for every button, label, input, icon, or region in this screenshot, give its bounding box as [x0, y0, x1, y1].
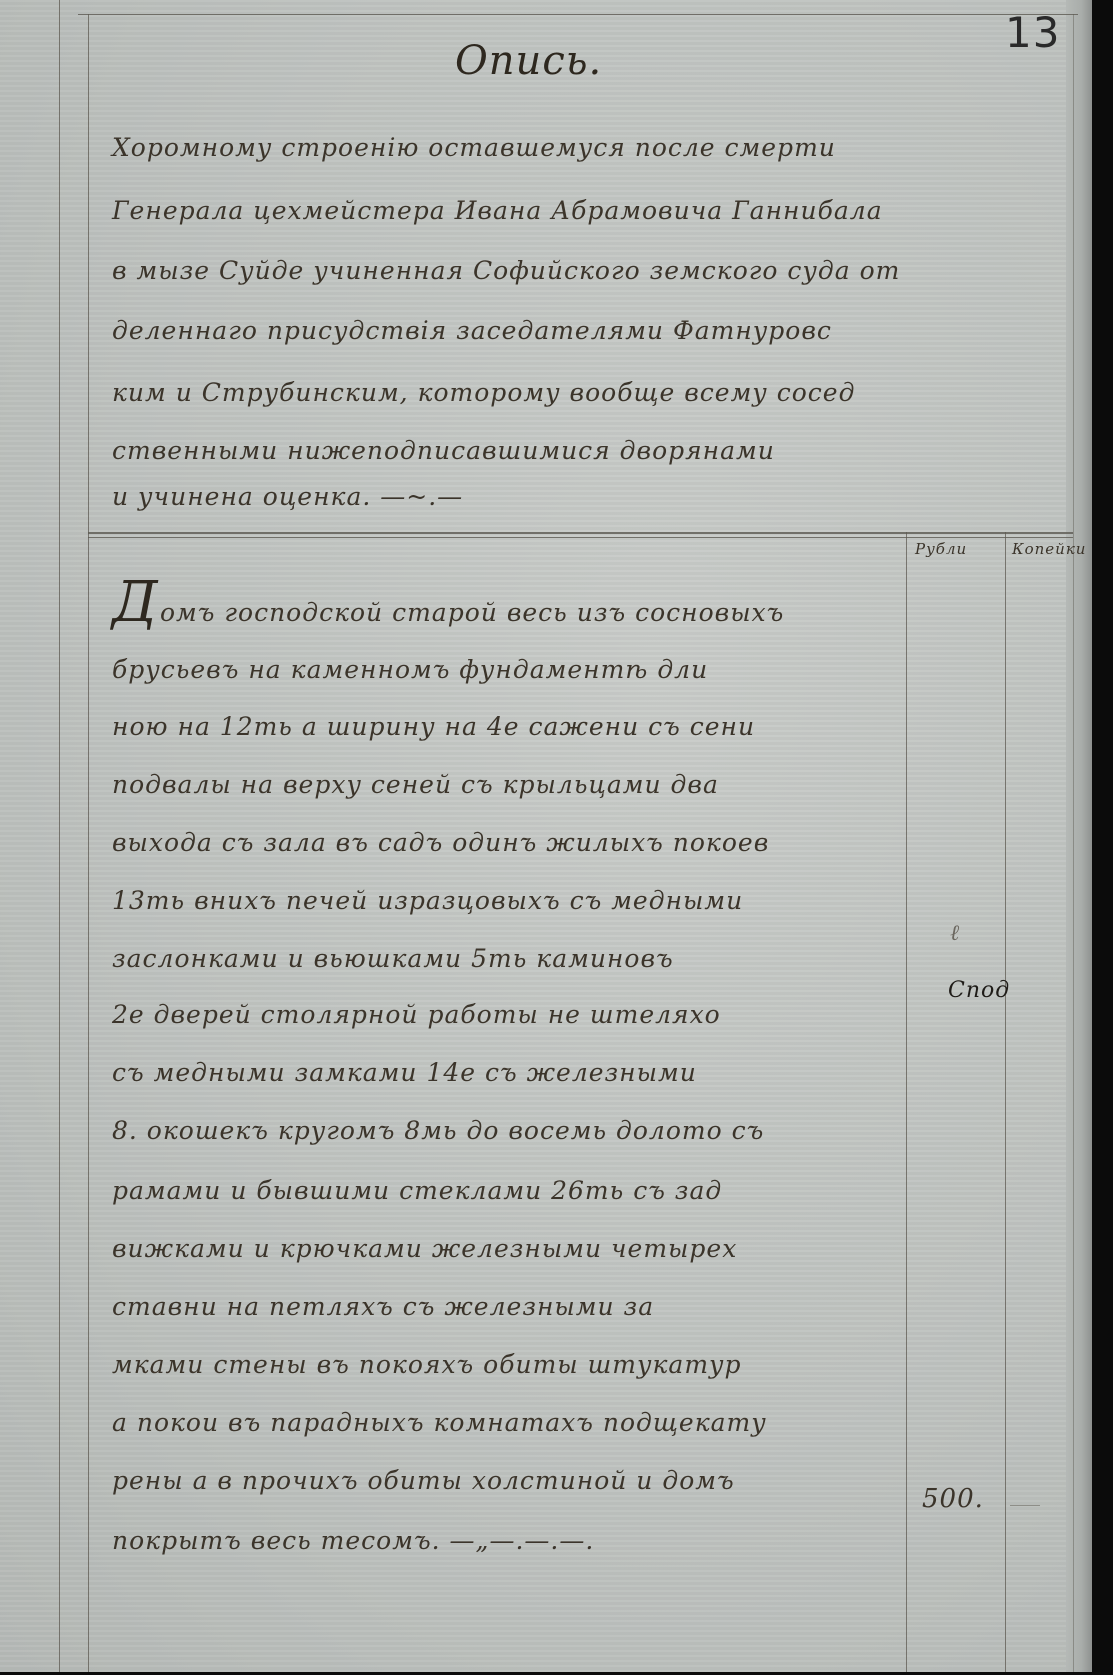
- header-line: деленнаго присудствія заседателями Фатну…: [112, 316, 832, 345]
- entry-line: съ медными замками 14е съ железными: [112, 1058, 697, 1087]
- entry-line: 8. окошекъ кругомъ 8мь до восемь долото …: [112, 1116, 764, 1145]
- header-line: ким и Струбинским, которому вообще всему…: [112, 378, 855, 407]
- column-header-kopecks: Копейки: [1012, 540, 1086, 558]
- table-top-rule-2: [88, 537, 1073, 538]
- entry-line: ставни на петляхъ съ железными за: [112, 1292, 654, 1321]
- column-header-rubles: Рубли: [915, 540, 967, 558]
- manuscript-page: 13 Опись. Хоромному строенію оставшемуся…: [0, 0, 1092, 1672]
- entry-line: 13ть внихъ печей изразцовыхъ съ медными: [112, 886, 743, 915]
- kopecks-column-rule: [1005, 532, 1006, 1672]
- left-margin-rule: [88, 14, 89, 1672]
- entry-line: подвалы на верху сеней съ крыльцами два: [112, 770, 719, 799]
- entry-line: омъ господской старой весь изъ сосновыхъ: [160, 598, 784, 627]
- header-line: и учинена оценка. —~.—: [112, 482, 463, 511]
- entry-line: мками стены въ покояхъ обиты штукатур: [112, 1350, 742, 1379]
- right-margin-rule: [1073, 14, 1074, 1672]
- amount-rubles: 500.: [922, 1484, 984, 1514]
- header-line: в мызе Суйде учиненная Софийского земско…: [112, 256, 900, 285]
- entry-line: вижками и крючками железными четырех: [112, 1234, 737, 1263]
- page-title: Опись.: [455, 38, 602, 84]
- entry-line: ною на 12ть а ширину на 4е сажени съ сен…: [112, 712, 755, 741]
- entry-line: покрытъ весь тесомъ. —„—.—.—.: [112, 1526, 594, 1555]
- margin-note: Спод: [948, 978, 1010, 1003]
- header-line: Хоромному строенію оставшемуся после сме…: [112, 133, 836, 162]
- top-margin-rule: [78, 14, 1078, 15]
- entry-line: заслонками и вьюшками 5ть каминовъ: [112, 944, 674, 973]
- header-line: ственными нижеподписавшимися дворянами: [112, 436, 775, 465]
- entry-line: 2е дверей столярной работы не штеляхо: [112, 1000, 721, 1029]
- entry-line: рены а в прочихъ обиты холстиной и домъ: [112, 1466, 735, 1495]
- rubles-column-rule: [906, 532, 907, 1672]
- amount-dash: [1010, 1505, 1040, 1506]
- folio-number: 13: [1005, 8, 1060, 57]
- entry-drop-cap: Д: [112, 570, 159, 635]
- entry-line: выхода съ зала въ садъ одинъ жилыхъ поко…: [112, 828, 769, 857]
- header-line: Генерала цехмейстера Ивана Абрамовича Га…: [112, 196, 883, 225]
- table-top-rule: [88, 532, 1073, 534]
- entry-line: а покои въ парадныхъ комнатахъ подщекату: [112, 1408, 767, 1437]
- left-fold-line: [59, 0, 60, 1672]
- faint-pencil-mark: ℓ: [950, 920, 960, 946]
- entry-line: брусьевъ на каменномъ фундаментѣ дли: [112, 655, 708, 684]
- entry-line: рамами и бывшими стеклами 26ть съ зад: [112, 1176, 722, 1205]
- page-edge: [1066, 0, 1092, 1672]
